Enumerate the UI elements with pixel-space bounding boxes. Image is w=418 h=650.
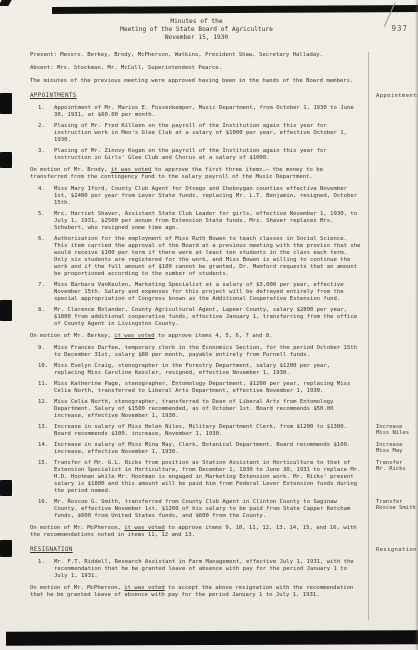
motion-voted-phrase: it was voted xyxy=(114,333,154,339)
document-content: Minutes of the Meeting of the State Boar… xyxy=(30,18,363,604)
margin-note-line: Roscoe Smith xyxy=(376,505,418,512)
item-text: Authorization for the employment of Miss… xyxy=(49,236,363,278)
title-line-2: Meeting of the State Board of Agricultur… xyxy=(30,26,363,34)
margin-note-line: Transfer xyxy=(376,499,418,506)
item-number: 16. xyxy=(30,499,49,520)
item-margin-note: IncreaseMiss May xyxy=(376,442,418,456)
item-text: Miss Barbara VanKeulen, Marketing Specia… xyxy=(49,282,363,303)
item-number: 8. xyxy=(30,307,49,328)
item-text: Placing of Mr. Fred Killeen on the payro… xyxy=(49,123,363,144)
item-number: 6. xyxy=(30,236,49,278)
binding-mark xyxy=(0,480,12,496)
page-number: 937 xyxy=(391,24,408,33)
section-heading-text: RESIGNATION xyxy=(30,547,73,553)
item-text: Miss Frances Durfee, temporary clerk in … xyxy=(49,345,363,359)
minutes-item: 12.Miss Celia North, stenographer, trans… xyxy=(30,399,363,420)
item-text: Miss Evelyn Craig, stenographer in the F… xyxy=(49,363,363,377)
scan-strip-bottom xyxy=(6,630,418,645)
item-number: 10. xyxy=(30,363,49,377)
minutes-item: 1.Mr. F.T. Riddell, Research Assistant i… xyxy=(30,559,363,580)
motion-pre: On motion of Mr. McPherson, xyxy=(30,525,124,531)
minutes-item: 9.Miss Frances Durfee, temporary clerk i… xyxy=(30,345,363,359)
item-text: Miss Katherine Page, stenographer, Entom… xyxy=(49,381,363,395)
document-title: Minutes of the Meeting of the State Boar… xyxy=(30,18,363,43)
item-text: Miss Mary Iford, County Club Agent for O… xyxy=(49,186,363,207)
sections-container: APPOINTMENTSAppointments1.Appointment of… xyxy=(30,93,363,599)
item-number: 15. xyxy=(30,460,49,495)
minutes-item: 5.Mrs. Harriet Shaver, Assistant State C… xyxy=(30,211,363,232)
item-margin-note: TransferRoscoe Smith xyxy=(376,499,418,513)
scan-corner-mark xyxy=(0,0,12,6)
motion-voted-phrase: it was voted xyxy=(124,525,164,531)
minutes-item: 3.Placing of Mr. Zinovy Kogan on the pay… xyxy=(30,148,363,162)
item-number: 1. xyxy=(30,559,49,580)
item-text: Mr. Roscoe G. Smith, transferred from Co… xyxy=(49,499,363,520)
minutes-item: 1.Appointment of Mr. Marius E. Fossenkem… xyxy=(30,105,363,119)
item-number: 14. xyxy=(30,442,49,456)
motion-line: On motion of Mr. McPherson, it was voted… xyxy=(30,525,363,539)
motion-pre: On motion of Mr. Brody, xyxy=(30,167,111,173)
item-text: Miss Celia North, stenographer, transfer… xyxy=(49,399,363,420)
margin-note-line: Increase xyxy=(376,424,418,431)
motion-line: On motion of Mr. Berkey, it was voted to… xyxy=(30,333,363,340)
document-page: 937 Minutes of the Meeting of the State … xyxy=(0,0,418,650)
margin-note-line: Increase xyxy=(376,442,418,449)
minutes-item: 6.Authorization for the employment of Mi… xyxy=(30,236,363,278)
minutes-item: 11.Miss Katherine Page, stenographer, En… xyxy=(30,381,363,395)
section-heading: APPOINTMENTSAppointments xyxy=(30,93,363,100)
motion-post: to approve items 4, 5, 6, 7 and 8. xyxy=(155,333,273,339)
minutes-item: 8.Mr. Clarence Bolander, County Agricult… xyxy=(30,307,363,328)
item-number: 12. xyxy=(30,399,49,420)
minutes-item: 2.Placing of Mr. Fred Killeen on the pay… xyxy=(30,123,363,144)
motion-pre: On motion of Mr. McPherson, xyxy=(30,585,124,591)
item-text: Placing of Mr. Zinovy Kogan on the payro… xyxy=(49,148,363,162)
margin-note-line: Appointments xyxy=(376,93,418,100)
present-line: Present: Messrs. Berkey, Brody, McPherso… xyxy=(30,52,363,59)
minutes-item: 16.Mr. Roscoe G. Smith, transferred from… xyxy=(30,499,363,520)
minutes-approval-line: The minutes of the previous meeting were… xyxy=(30,78,363,85)
item-number: 4. xyxy=(30,186,49,207)
item-text: Appointment of Mr. Marius E. Fossenkempe… xyxy=(49,105,363,119)
item-text: Mr. Clarence Bolander, County Agricultur… xyxy=(49,307,363,328)
item-number: 5. xyxy=(30,211,49,232)
motion-line: On motion of Mr. Brody, it was voted to … xyxy=(30,167,363,181)
section-margin-note: Appointments xyxy=(376,93,418,100)
item-number: 7. xyxy=(30,282,49,303)
minutes-item: 13.Increase in salary of Miss Helen Nile… xyxy=(30,424,363,438)
binding-mark xyxy=(0,93,12,114)
minutes-item: 14.Increase in salary of Miss Mina May, … xyxy=(30,442,363,456)
margin-divider-line xyxy=(368,52,369,620)
item-text: Transfer of Mr. G.L. Ricks from position… xyxy=(49,460,363,495)
margin-note-line: Miss Niles xyxy=(376,430,418,437)
margin-note-line: Transfer xyxy=(376,460,418,467)
section-heading-text: APPOINTMENTS xyxy=(30,93,77,99)
item-text: Increase in salary of Miss Helen Niles, … xyxy=(49,424,363,438)
item-number: 2. xyxy=(30,123,49,144)
absent-line: Absent: Mrs. Stockman, Mr. McColl, Super… xyxy=(30,65,363,72)
item-margin-note: TransferMr. Ricks xyxy=(376,460,418,474)
item-number: 9. xyxy=(30,345,49,359)
motion-voted-phrase: it was voted xyxy=(111,167,151,173)
margin-note-line: Mr. Ricks xyxy=(376,466,418,473)
scan-strip-top xyxy=(52,5,418,14)
item-number: 1. xyxy=(30,105,49,119)
title-line-3: November 15, 1930 xyxy=(30,34,363,42)
motion-voted-phrase: it was voted xyxy=(124,585,164,591)
item-number: 3. xyxy=(30,148,49,162)
motion-line: On motion of Mr. McPherson, it was voted… xyxy=(30,585,363,599)
margin-note-line: Resignation xyxy=(376,547,418,554)
section-heading: RESIGNATIONResignation xyxy=(30,547,363,554)
minutes-item: 10.Miss Evelyn Craig, stenographer in th… xyxy=(30,363,363,377)
item-margin-note: IncreaseMiss Niles xyxy=(376,424,418,438)
item-text: Increase in salary of Miss Mina May, Cle… xyxy=(49,442,363,456)
motion-pre: On motion of Mr. Berkey, xyxy=(30,333,114,339)
title-line-1: Minutes of the xyxy=(30,18,363,26)
margin-note-line: Miss May xyxy=(376,448,418,455)
section-margin-note: Resignation xyxy=(376,547,418,554)
binding-mark xyxy=(0,300,12,321)
item-text: Mr. F.T. Riddell, Research Assistant in … xyxy=(49,559,363,580)
minutes-item: 4.Miss Mary Iford, County Club Agent for… xyxy=(30,186,363,207)
item-text: Mrs. Harriet Shaver, Assistant State Clu… xyxy=(49,211,363,232)
binding-mark xyxy=(0,152,12,168)
minutes-item: 15.Transfer of Mr. G.L. Ricks from posit… xyxy=(30,460,363,495)
item-number: 11. xyxy=(30,381,49,395)
binding-mark xyxy=(0,540,12,557)
item-number: 13. xyxy=(30,424,49,438)
minutes-item: 7.Miss Barbara VanKeulen, Marketing Spec… xyxy=(30,282,363,303)
